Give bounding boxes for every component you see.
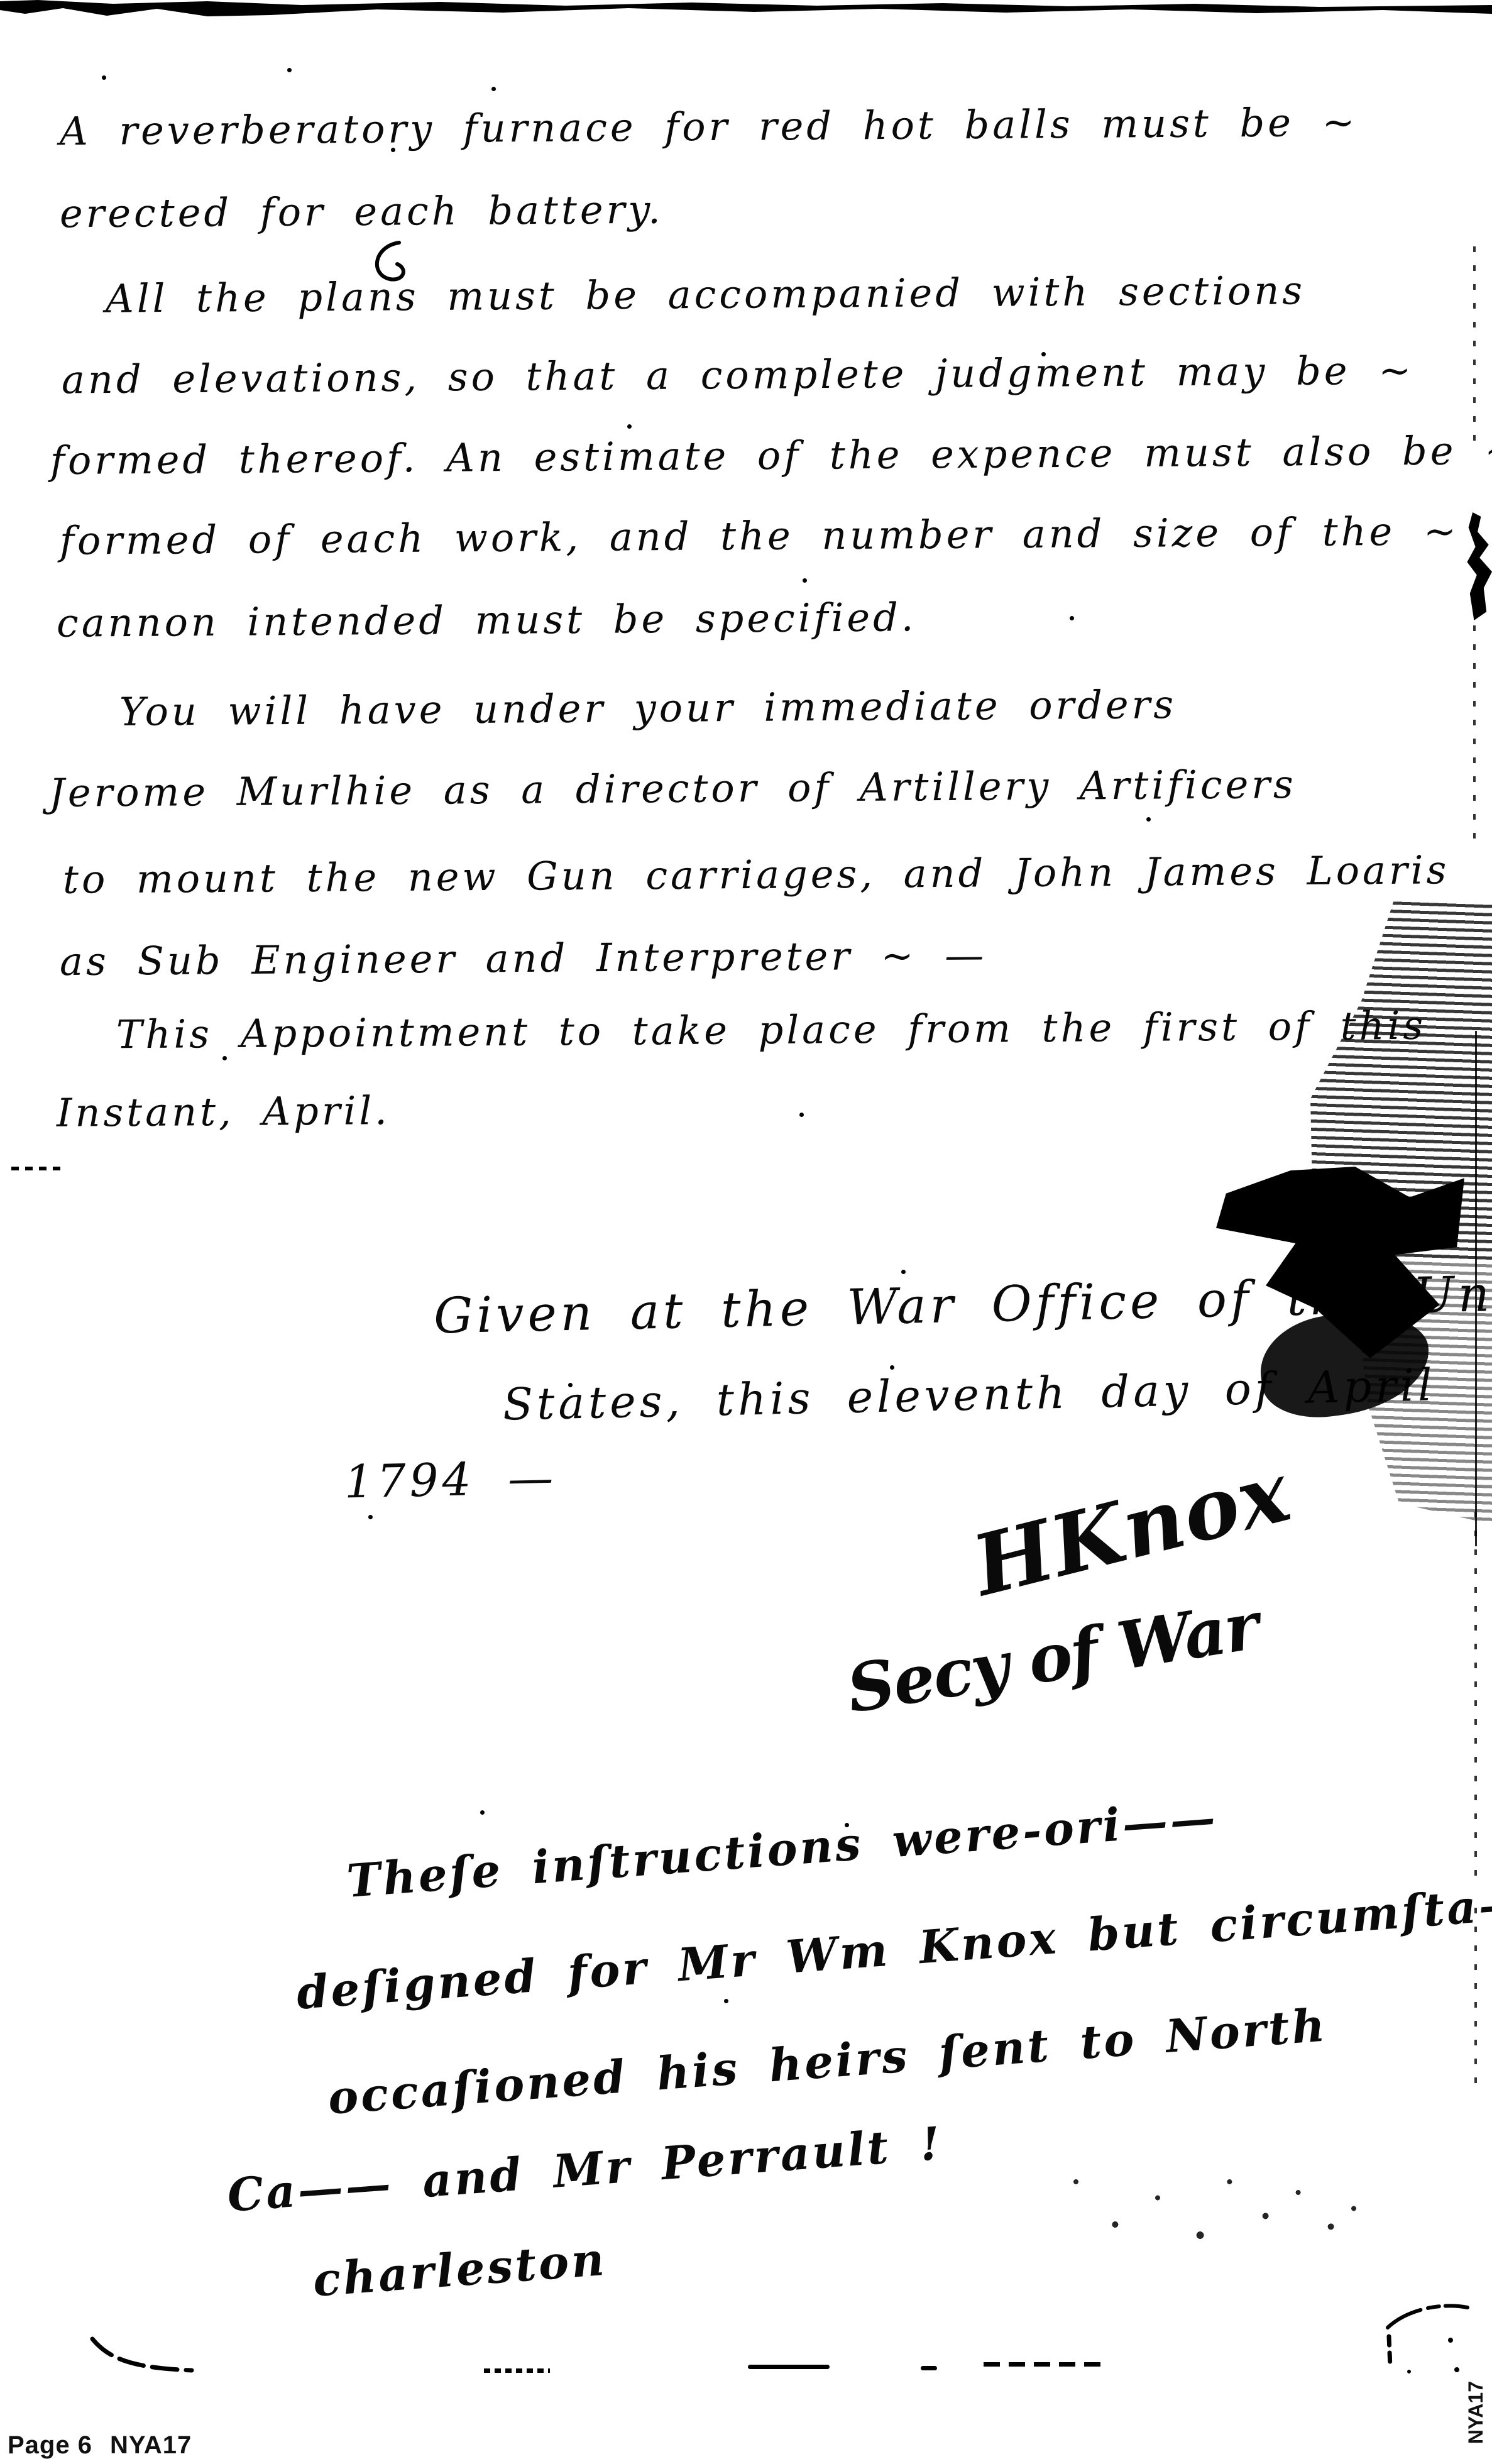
annotation-line: charleston — [311, 2232, 608, 2307]
edge-dotted-line — [1473, 246, 1476, 441]
edge-dotted-line — [1474, 1908, 1477, 2096]
top-edge-scan-artifact — [0, 0, 1492, 16]
edge-archive-code: NYA17 — [1464, 2381, 1488, 2444]
manuscript-line: to mount the new Gun carriages, and John… — [63, 847, 1450, 902]
ink-blot — [1464, 512, 1492, 620]
manuscript-line: Jerome Murlhie as a director of Artiller… — [49, 761, 1297, 816]
annotation-line: Ca—— and Mr Perrault ! — [226, 2116, 944, 2222]
edge-dotted-line — [1473, 625, 1476, 839]
bottom-dash-segment — [748, 2365, 830, 2369]
manuscript-line: erected for each battery. — [60, 187, 664, 237]
page-footer: Page 6NYA17 — [8, 2431, 209, 2460]
manuscript-line: formed of each work, and the number and … — [60, 508, 1459, 564]
margin-dash-marks — [11, 1167, 62, 1170]
faint-signature-remnant — [1043, 2150, 1370, 2257]
manuscript-line: as Sub Engineer and Interpreter ~ — — [60, 932, 987, 984]
pen-flourish — [365, 238, 421, 294]
fold-line — [1475, 1031, 1477, 1546]
annotation-line: Theſe inſtructions were-ori—— — [345, 1790, 1219, 1907]
manuscript-line: and elevations, so that a complete judgm… — [62, 347, 1415, 402]
pen-flourish — [1383, 2297, 1489, 2379]
archive-code-label: NYA17 — [110, 2431, 192, 2459]
bottom-curve-mark — [91, 2335, 217, 2379]
manuscript-line: You will have under your immediate order… — [119, 681, 1177, 735]
scanned-manuscript-page: A reverberatory furnace for red hot ball… — [0, 0, 1492, 2464]
edge-dotted-line — [1474, 1512, 1477, 1876]
dust-specks — [102, 75, 106, 80]
manuscript-line: cannon intended must be specified. — [57, 594, 917, 646]
signature-title: Secy of War — [842, 1587, 1263, 1728]
annotation-line: occaſioned his heirs ſent to North — [326, 1998, 1329, 2124]
page-number-label: Page 6 — [8, 2431, 92, 2459]
closing-year: 1794 — — [344, 1451, 557, 1508]
manuscript-line: A reverberatory furnace for red hot ball… — [60, 99, 1358, 154]
manuscript-line: formed thereof. An estimate of the expen… — [50, 427, 1492, 483]
manuscript-line: All the plans must be accompanied with s… — [106, 267, 1306, 321]
manuscript-line: Instant, April. — [57, 1087, 390, 1136]
bottom-dash-segment — [984, 2362, 1106, 2367]
bottom-dash-segment — [484, 2368, 550, 2373]
bottom-dash-segment — [921, 2366, 937, 2370]
manuscript-line: This Appointment to take place from the … — [116, 1003, 1427, 1058]
